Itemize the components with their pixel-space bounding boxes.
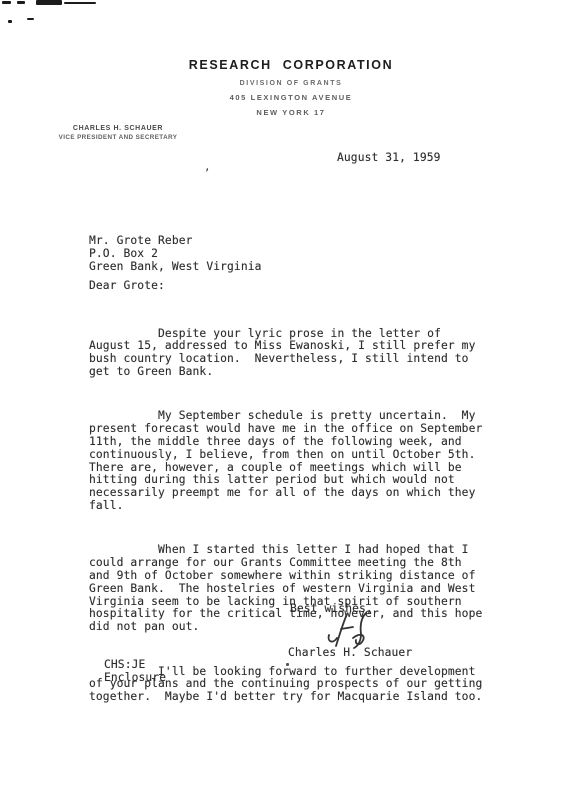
scan-dash-artifact: [27, 18, 34, 20]
company-street-address: 405 LEXINGTON AVENUE: [0, 93, 582, 102]
letterhead: RESEARCH CORPORATION DIVISION OF GRANTS …: [0, 58, 582, 117]
salutation: Dear Grote:: [89, 280, 165, 293]
signed-name: Charles H. Schauer: [288, 647, 412, 660]
recipient-address: Mr. Grote Reber P.O. Box 2 Green Bank, W…: [89, 235, 262, 273]
scan-smudge-artifact: [64, 2, 96, 4]
officer-title: VICE PRESIDENT AND SECRETARY: [44, 134, 192, 141]
scan-dot-artifact: [8, 20, 12, 23]
scan-smudge-artifact: [2, 1, 11, 4]
body-paragraph: When I started this letter I had hoped t…: [89, 544, 493, 634]
scan-smudge-artifact: [17, 1, 25, 4]
stray-comma-mark: ,: [204, 160, 211, 173]
company-city: NEW YORK 17: [0, 108, 582, 117]
officer-block: CHARLES H. SCHAUER VICE PRESIDENT AND SE…: [44, 125, 192, 141]
letter-page: , RESEARCH CORPORATION DIVISION OF GRANT…: [0, 0, 582, 800]
handwritten-signature-icon: [320, 611, 382, 651]
company-division: DIVISION OF GRANTS: [0, 80, 582, 87]
reference-initials-block: CHS:JE Enclosure: [104, 659, 166, 685]
scan-smudge-artifact: [36, 0, 62, 5]
body-paragraph: Despite your lyric prose in the letter o…: [89, 328, 493, 379]
company-name: RESEARCH CORPORATION: [0, 58, 582, 72]
officer-name: CHARLES H. SCHAUER: [44, 125, 192, 132]
body-paragraph: My September schedule is pretty uncertai…: [89, 410, 493, 512]
letter-date: August 31, 1959: [337, 152, 441, 165]
